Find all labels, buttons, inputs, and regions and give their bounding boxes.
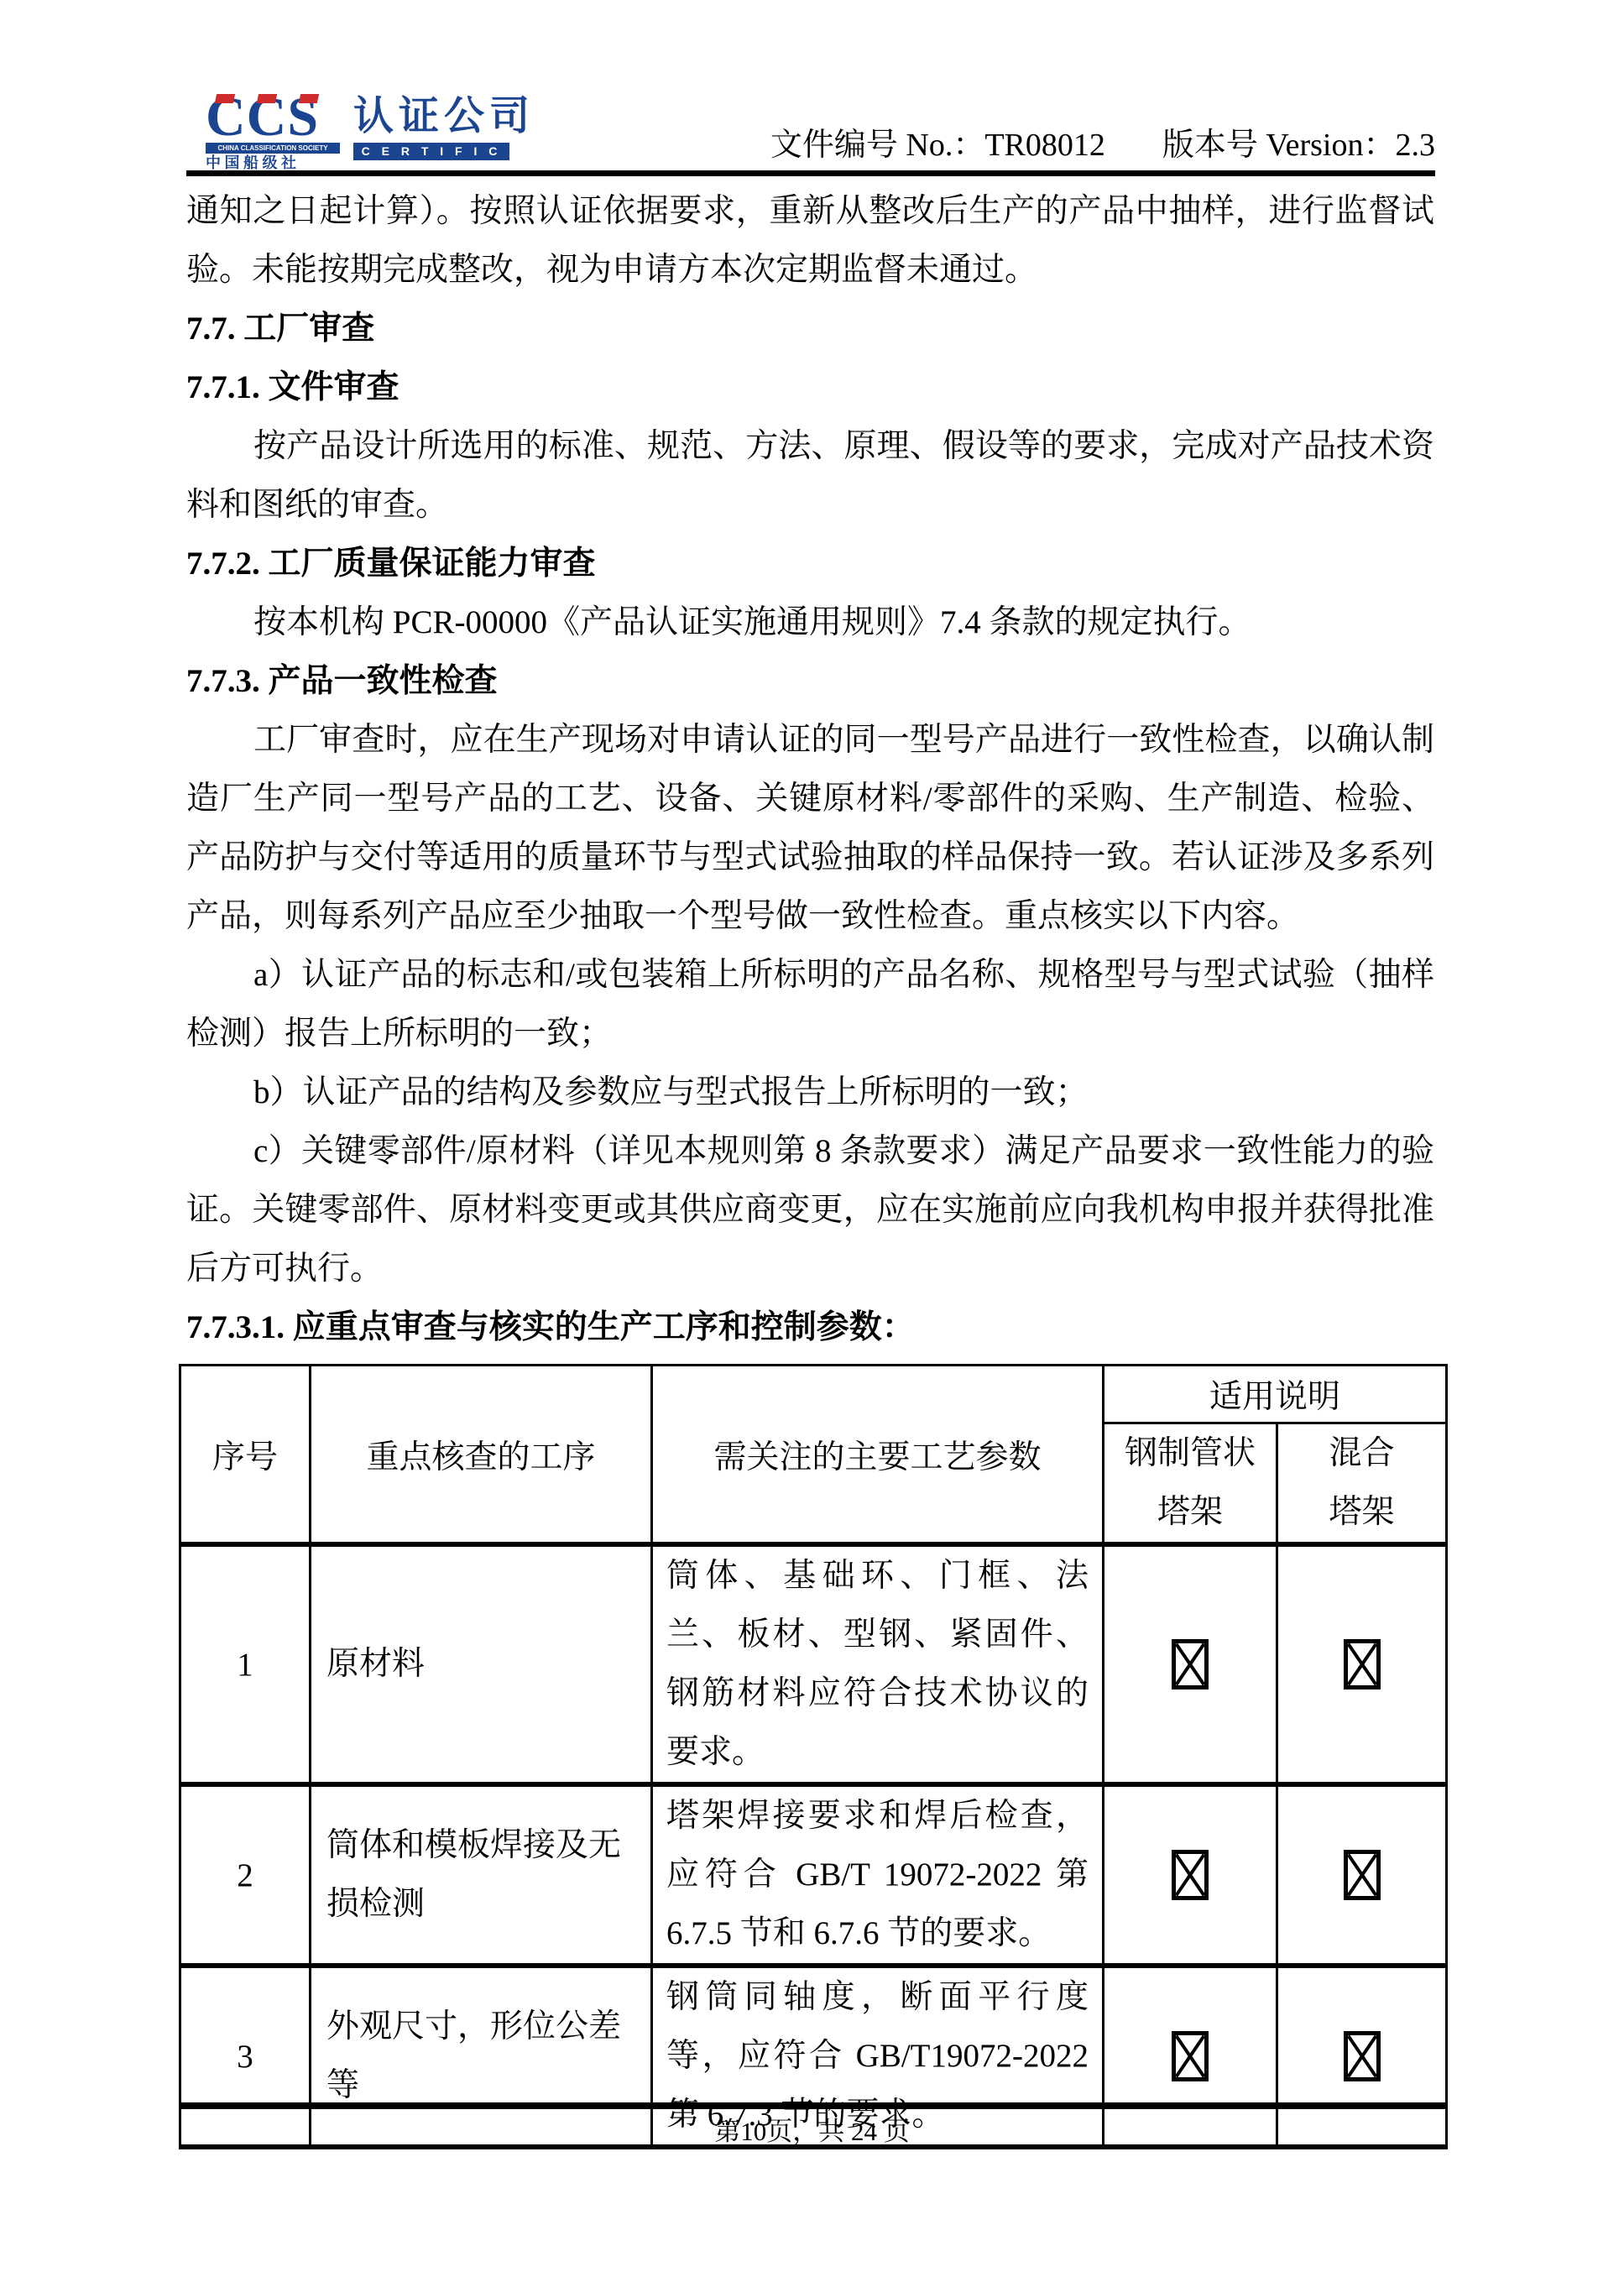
section-heading: 7.7.2. 工厂质量保证能力审查 <box>186 535 1434 593</box>
checked-box-icon <box>1172 1850 1209 1900</box>
paragraph: 按产品设计所选用的标准、规范、方法、原理、假设等的要求，完成对产品技术资料和图纸… <box>186 417 1434 535</box>
steel-tubular-applicability-cell <box>1104 1784 1277 1966</box>
paragraph: 通知之日起计算）。按照认证依据要求，重新从整改后生产的产品中抽样，进行监督试验。… <box>186 182 1434 300</box>
section-heading: 7.7.3. 产品一致性检查 <box>186 652 1434 711</box>
doc-version: 版本号 Version：2.3 <box>1162 128 1435 163</box>
hybrid-applicability-cell <box>1277 1544 1447 1784</box>
company-name-cn: 认证公司 <box>353 96 535 138</box>
paragraph: a）认证产品的标志和/或包装箱上所标明的产品名称、规格型号与型式试验（抽样检测）… <box>186 946 1434 1063</box>
process-parameters-table: 序号 重点核查的工序 需关注的主要工艺参数 适用说明 钢制管状 塔架 混合 塔架… <box>179 1364 1448 2149</box>
col-header-steel-tubular-tower: 钢制管状 塔架 <box>1104 1423 1277 1545</box>
col-header-no: 序号 <box>180 1366 311 1545</box>
row-number-cell: 2 <box>180 1784 311 1966</box>
doc-number: 文件编号 No.：TR08012 <box>770 128 1105 163</box>
section-heading: 7.7.1. 文件审查 <box>186 358 1434 417</box>
document-body: 通知之日起计算）。按照认证依据要求，重新从整改后生产的产品中抽样，进行监督试验。… <box>186 182 1434 1357</box>
header-divider <box>186 170 1435 176</box>
society-name-cn: 中 国 船 级 社 <box>206 154 340 171</box>
paragraph: b）认证产品的结构及参数应与型式报告上所标明的一致； <box>186 1063 1434 1122</box>
params-cell: 塔架焊接要求和焊后检查，应符合 GB/T 19072-2022 第 6.7.5 … <box>652 1784 1104 1966</box>
process-cell: 原材料 <box>311 1544 652 1784</box>
ccs-logo-left: CCS CHINA CLASSIFICATION SOCIETY 中 国 船 级… <box>206 96 340 171</box>
checked-box-icon <box>1172 2031 1209 2081</box>
section-heading: 7.7.3.1. 应重点审查与核实的生产工序和控制参数： <box>186 1298 1434 1357</box>
checked-box-icon <box>1344 1850 1381 1900</box>
col-header-applicability: 适用说明 <box>1104 1366 1447 1423</box>
col-header-process: 重点核查的工序 <box>311 1366 652 1545</box>
params-cell: 筒体、基础环、门框、法兰、板材、型钢、紧固件、钢筋材料应符合技术协议的要求。 <box>652 1544 1104 1784</box>
process-cell: 筒体和模板焊接及无损检测 <box>311 1784 652 1966</box>
table-row: 2筒体和模板焊接及无损检测塔架焊接要求和焊后检查，应符合 GB/T 19072-… <box>180 1784 1447 1966</box>
ccs-red-accent-icon <box>215 94 235 103</box>
paragraph: 工厂审查时，应在生产现场对申请认证的同一型号产品进行一致性检查，以确认制造厂生产… <box>186 711 1434 946</box>
row-number-cell: 1 <box>180 1544 311 1784</box>
steel-tubular-applicability-cell <box>1104 1544 1277 1784</box>
table-header: 序号 重点核查的工序 需关注的主要工艺参数 适用说明 钢制管状 塔架 混合 塔架 <box>180 1366 1447 1545</box>
document-page: CCS CHINA CLASSIFICATION SOCIETY 中 国 船 级… <box>0 0 1624 2277</box>
table-header-row-1: 序号 重点核查的工序 需关注的主要工艺参数 适用说明 <box>180 1366 1447 1423</box>
checked-box-icon <box>1172 1639 1209 1689</box>
checked-box-icon <box>1344 1639 1381 1689</box>
page-number: 第10页，共 24 页 <box>179 2115 1445 2149</box>
ccs-red-accent-icon <box>299 94 319 103</box>
document-info: 文件编号 No.：TR08012版本号 Version：2.3 <box>770 126 1435 165</box>
ccs-logo-right: 认证公司 C E R T I F I C A T I O N <box>353 96 535 171</box>
footer-divider <box>179 2102 1445 2109</box>
table-row: 1原材料筒体、基础环、门框、法兰、板材、型钢、紧固件、钢筋材料应符合技术协议的要… <box>180 1544 1447 1784</box>
ccs-red-accent-icon <box>257 94 277 103</box>
hybrid-applicability-cell <box>1277 1784 1447 1966</box>
certification-banner: C E R T I F I C A T I O N <box>353 143 509 160</box>
section-heading: 7.7. 工厂审查 <box>186 300 1434 358</box>
col-header-params: 需关注的主要工艺参数 <box>652 1366 1104 1545</box>
paragraph: 按本机构 PCR-00000《产品认证实施通用规则》7.4 条款的规定执行。 <box>186 593 1434 652</box>
table-body: 1原材料筒体、基础环、门框、法兰、板材、型钢、紧固件、钢筋材料应符合技术协议的要… <box>180 1544 1447 2147</box>
checked-box-icon <box>1344 2031 1381 2081</box>
paragraph: c）关键零部件/原材料（详见本规则第 8 条款要求）满足产品要求一致性能力的验证… <box>186 1122 1434 1298</box>
ccs-logo: CCS CHINA CLASSIFICATION SOCIETY 中 国 船 级… <box>206 96 535 171</box>
col-header-hybrid-tower: 混合 塔架 <box>1277 1423 1447 1545</box>
